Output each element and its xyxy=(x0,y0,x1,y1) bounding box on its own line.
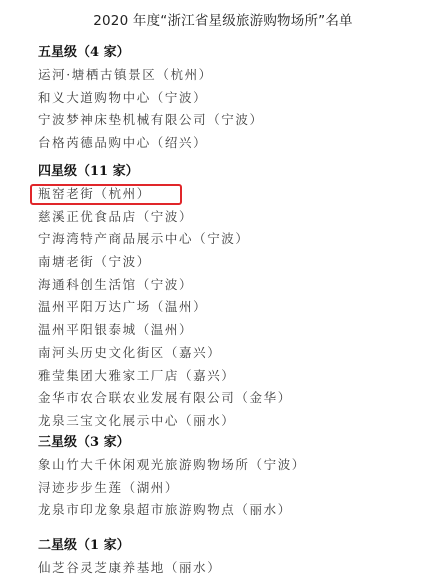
list-item: 温州平阳银泰城（温州） xyxy=(38,319,292,342)
section-two-star: 二星级（1 家） 仙芝谷灵芝康养基地（丽水） xyxy=(38,535,221,580)
list-item: 温州平阳万达广场（温州） xyxy=(38,296,292,319)
list-item: 浔迹步步生莲（湖州） xyxy=(38,477,306,500)
list-item: 宁波梦神床垫机械有限公司（宁波） xyxy=(38,109,264,132)
list-item: 台格芮德品购中心（绍兴） xyxy=(38,132,264,155)
section-four-star: 四星级（11 家） 瓶窑老街（杭州） 慈溪正优食品店（宁波） 宁海湾特产商品展示… xyxy=(38,161,292,433)
list-item: 金华市农合联农业发展有限公司（金华） xyxy=(38,387,292,410)
section-three-star: 三星级（3 家） 象山竹大千休闲观光旅游购物场所（宁波） 浔迹步步生莲（湖州） … xyxy=(38,432,306,522)
list-item: 仙芝谷灵芝康养基地（丽水） xyxy=(38,557,221,580)
list-item: 雅莹集团大雅家工厂店（嘉兴） xyxy=(38,365,292,388)
list-item: 龙泉三宝文化展示中心（丽水） xyxy=(38,410,292,433)
list-item: 南塘老街（宁波） xyxy=(38,251,292,274)
section-heading: 二星级（1 家） xyxy=(38,535,221,557)
page-title: 2020 年度“浙江省星级旅游购物场所”名单 xyxy=(0,9,446,29)
list-item-highlighted: 瓶窑老街（杭州） xyxy=(38,183,292,206)
section-heading: 五星级（4 家） xyxy=(38,42,264,64)
list-item: 海通科创生活馆（宁波） xyxy=(38,274,292,297)
list-item: 运河·塘栖古镇景区（杭州） xyxy=(38,64,264,87)
list-item: 慈溪正优食品店（宁波） xyxy=(38,206,292,229)
list-item: 和义大道购物中心（宁波） xyxy=(38,87,264,110)
list-item: 宁海湾特产商品展示中心（宁波） xyxy=(38,228,292,251)
section-five-star: 五星级（4 家） 运河·塘栖古镇景区（杭州） 和义大道购物中心（宁波） 宁波梦神… xyxy=(38,42,264,155)
list-item: 南河头历史文化街区（嘉兴） xyxy=(38,342,292,365)
list-item: 龙泉市印龙象泉超市旅游购物点（丽水） xyxy=(38,499,306,522)
section-heading: 四星级（11 家） xyxy=(38,161,292,183)
section-heading: 三星级（3 家） xyxy=(38,432,306,454)
list-item: 象山竹大千休闲观光旅游购物场所（宁波） xyxy=(38,454,306,477)
